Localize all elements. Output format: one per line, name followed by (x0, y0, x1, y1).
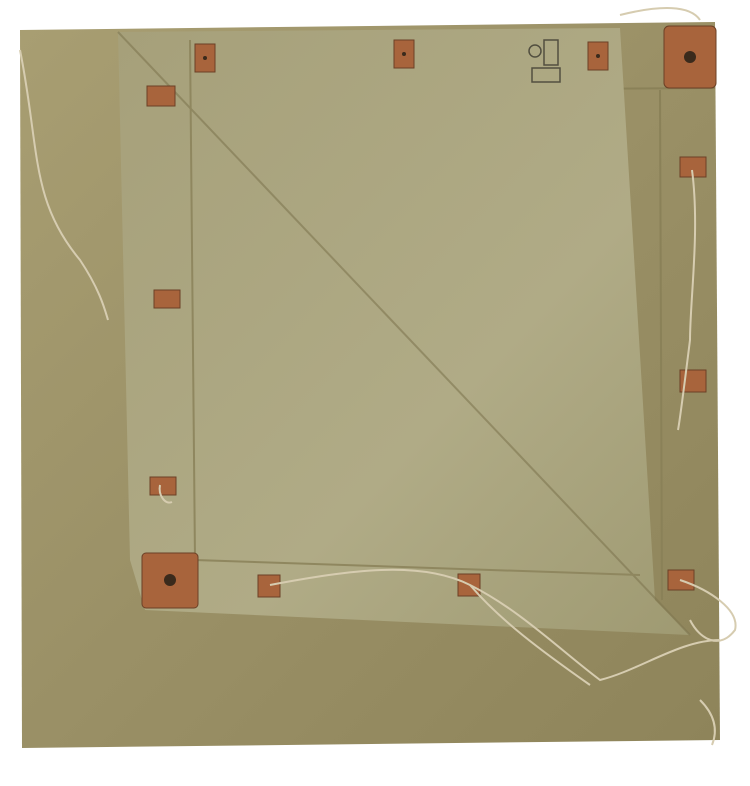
photo-canvas-tarp: Folded olive canvas shelter half with le… (0, 0, 750, 786)
tarp-illustration (0, 0, 750, 786)
